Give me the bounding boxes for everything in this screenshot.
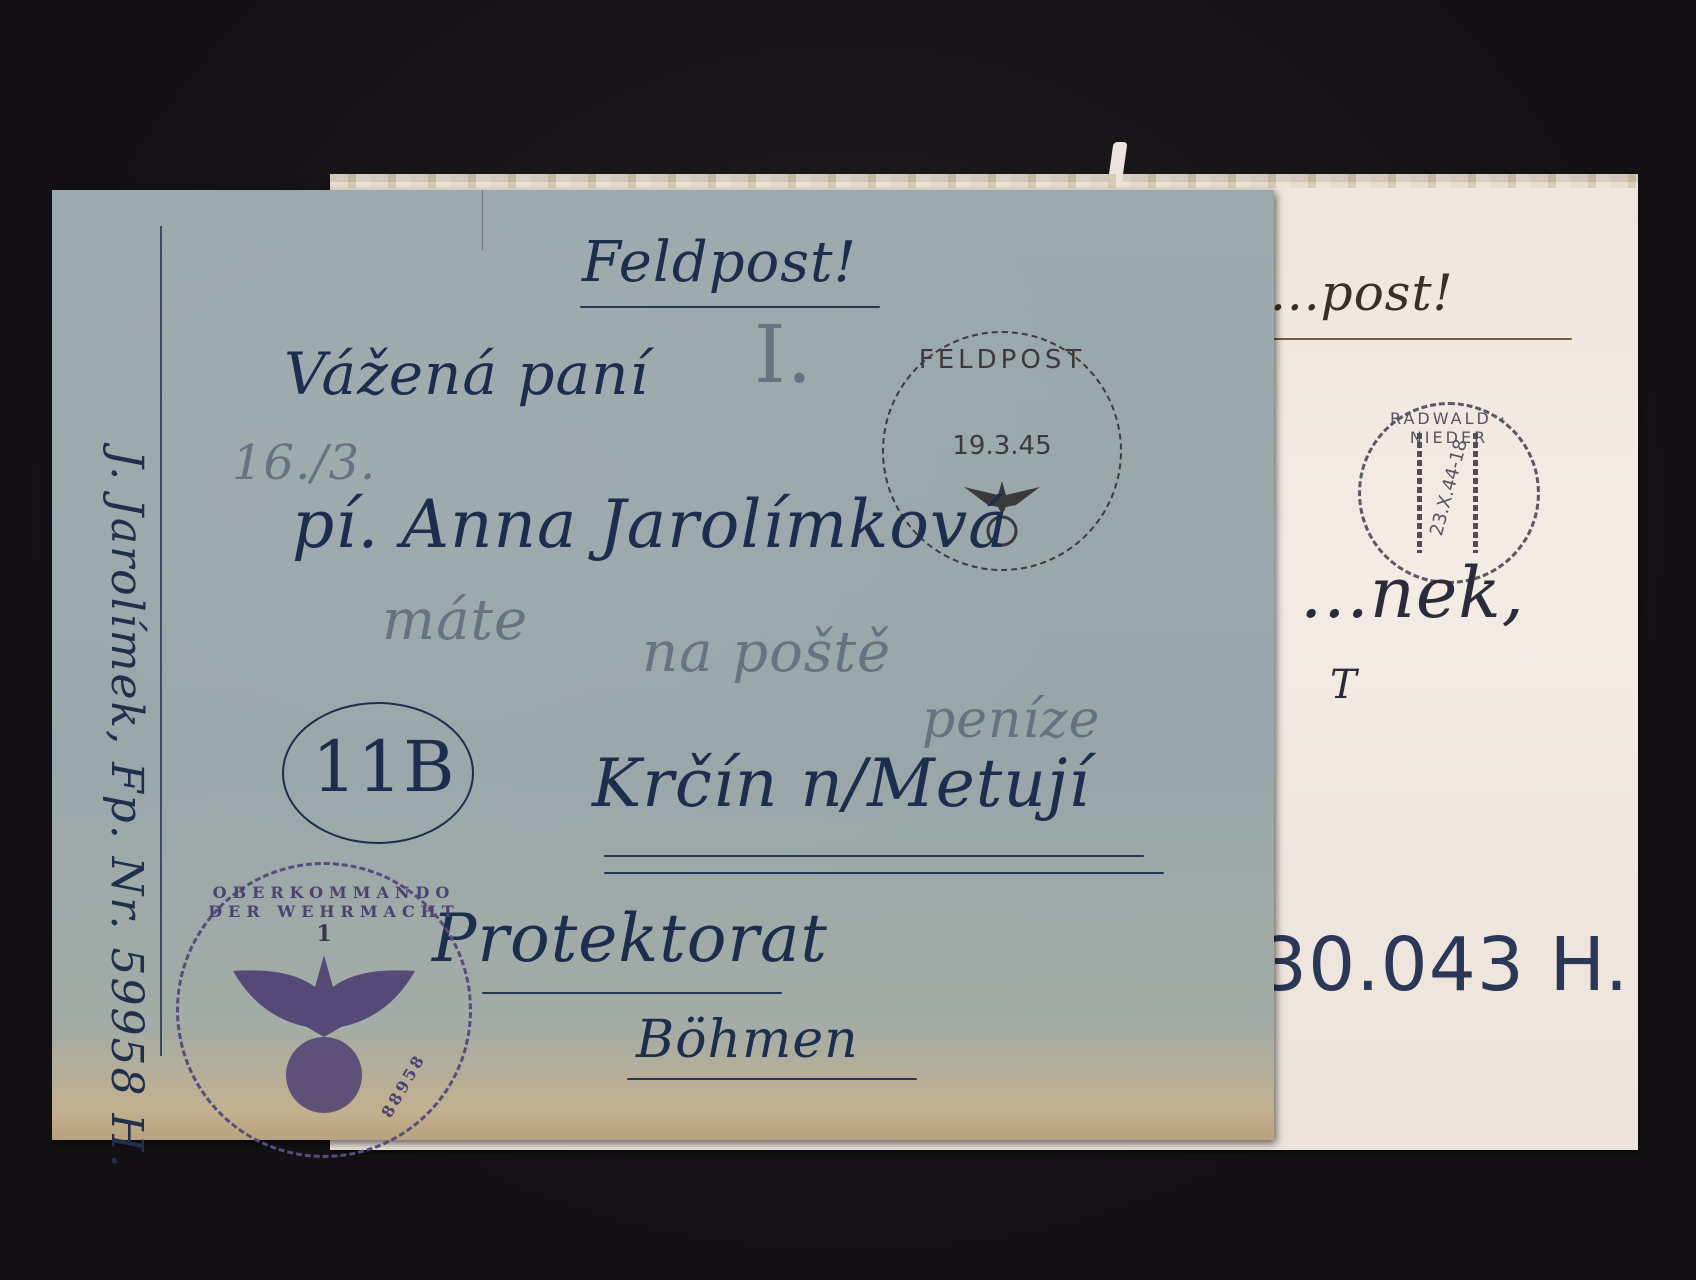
feldpost-postmark-date: 19.3.45 xyxy=(884,431,1120,461)
feldpost-postmark-label: FELDPOST xyxy=(884,345,1120,375)
paper-crease xyxy=(482,190,483,250)
back-name-text: ...nek, xyxy=(1300,552,1525,634)
salutation-text: Vážená paní xyxy=(284,340,649,408)
country-text: Böhmen xyxy=(636,1010,859,1070)
header-underline xyxy=(580,306,880,308)
town-underline-2 xyxy=(604,872,1164,874)
pencil-note-penize: peníze xyxy=(922,690,1100,750)
torn-top-edge xyxy=(330,174,1638,188)
country-underline xyxy=(627,1078,917,1080)
region-underline xyxy=(482,992,782,994)
back-number-text: 30.043 H. xyxy=(1260,922,1629,1008)
roman-numeral-mark: I. xyxy=(754,308,813,401)
front-envelope: J. Jarolímek, Fp. Nr. 59958 H. Feldpost!… xyxy=(52,190,1274,1140)
back-line-text: T xyxy=(1330,662,1358,708)
postmark-bar xyxy=(1473,433,1478,553)
censor-stamp-number: 1 xyxy=(179,921,469,947)
circled-mark: 11B xyxy=(282,702,474,844)
region-text: Protektorat xyxy=(432,900,828,977)
circled-mark-text: 11B xyxy=(312,726,456,808)
pencil-note-na-poste: na poště xyxy=(642,620,891,685)
margin-rule xyxy=(160,226,162,1056)
feldpost-header: Feldpost! xyxy=(582,230,857,295)
radwald-postmark-ring: RADWALD · NIEDER xyxy=(1361,409,1537,447)
postmark-bar xyxy=(1417,433,1422,553)
town-text: Krčín n/Metují xyxy=(592,745,1090,822)
pencil-date: 16./3. xyxy=(232,435,376,491)
recipient-name: pí. Anna Jarolímková xyxy=(292,486,1009,563)
sender-vertical-text: J. Jarolímek, Fp. Nr. 59958 H. xyxy=(101,450,152,1170)
censor-stamp: OBERKOMMANDO DER WEHRMACHT 1 88958 xyxy=(176,862,472,1158)
back-header-underline xyxy=(1272,338,1572,340)
censor-stamp-ring: OBERKOMMANDO DER WEHRMACHT xyxy=(199,883,469,921)
town-underline-1 xyxy=(604,855,1144,857)
pencil-note-mate: máte xyxy=(382,588,528,653)
back-header-text: ...post! xyxy=(1270,264,1454,322)
